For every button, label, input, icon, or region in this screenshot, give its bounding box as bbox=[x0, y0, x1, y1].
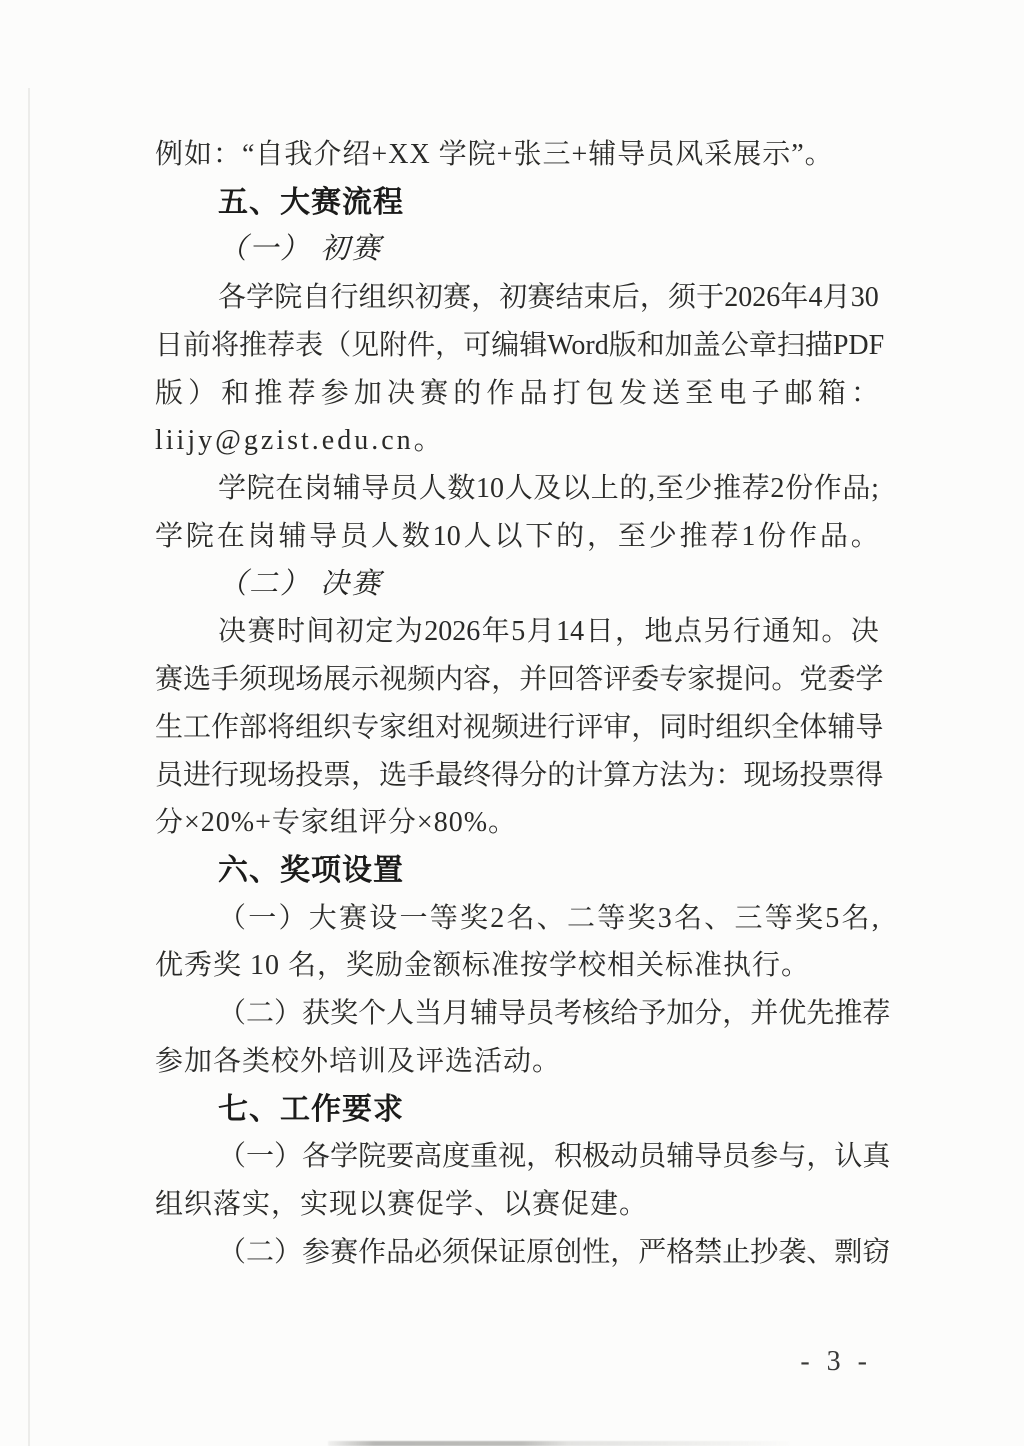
text-line: （一）各学院要高度重视，积极动员辅导员参与，认真 bbox=[155, 1133, 879, 1181]
text-line: 版）和推荐参加决赛的作品打包发送至电子邮箱： bbox=[155, 370, 879, 418]
scan-artifact-smudge bbox=[328, 1441, 790, 1446]
sub-heading: （一） 初赛 bbox=[155, 226, 879, 274]
text-line: 赛选手须现场展示视频内容，并回答评委专家提问。党委学 bbox=[155, 656, 879, 704]
text-line: 学院在岗辅导员人数10人及以上的,至少推荐2份作品; bbox=[155, 465, 879, 513]
text-line: （一）大赛设一等奖2名、二等奖3名、三等奖5名, bbox=[155, 895, 879, 943]
text-line: liijy@gzist.edu.cn。 bbox=[155, 417, 879, 465]
text-line: （二）获奖个人当月辅导员考核给予加分，并优先推荐 bbox=[155, 990, 879, 1038]
sub-heading: （二） 决赛 bbox=[155, 561, 879, 609]
scan-edge-line bbox=[28, 88, 30, 1446]
text-line: 决赛时间初定为2026年5月14日，地点另行通知。决 bbox=[155, 608, 879, 656]
text-line: 参加各类校外培训及评选活动。 bbox=[155, 1038, 879, 1086]
text-line: （二）参赛作品必须保证原创性，严格禁止抄袭、剽窃 bbox=[155, 1229, 879, 1277]
section-heading: 五、大赛流程 bbox=[155, 179, 879, 227]
text-line: 生工作部将组织专家组对视频进行评审，同时组织全体辅导 bbox=[155, 704, 879, 752]
document-body: 例如：“自我介绍+XX 学院+张三+辅导员风采展示”。五、大赛流程（一） 初赛各… bbox=[155, 131, 879, 1277]
text-line: 学院在岗辅导员人数10人以下的，至少推荐1份作品。 bbox=[155, 513, 879, 561]
text-line: 日前将推荐表（见附件，可编辑Word版和加盖公章扫描PDF bbox=[155, 322, 879, 370]
section-heading: 七、工作要求 bbox=[155, 1086, 879, 1134]
section-heading: 六、奖项设置 bbox=[155, 847, 879, 895]
text-line: 员进行现场投票，选手最终得分的计算方法为：现场投票得 bbox=[155, 752, 879, 800]
text-line: 各学院自行组织初赛，初赛结束后，须于2026年4月30 bbox=[155, 274, 879, 322]
text-line: 分×20%+专家组评分×80%。 bbox=[155, 799, 879, 847]
document-page: 例如：“自我介绍+XX 学院+张三+辅导员风采展示”。五、大赛流程（一） 初赛各… bbox=[0, 0, 1024, 1446]
text-line: 组织落实，实现以赛促学、以赛促建。 bbox=[155, 1181, 879, 1229]
page-number: - 3 - bbox=[800, 1338, 872, 1386]
text-line: 例如：“自我介绍+XX 学院+张三+辅导员风采展示”。 bbox=[155, 131, 879, 179]
text-line: 优秀奖 10 名，奖励金额标准按学校相关标准执行。 bbox=[155, 942, 879, 990]
